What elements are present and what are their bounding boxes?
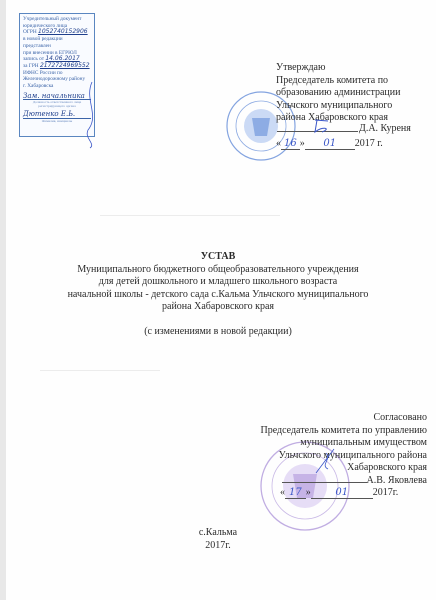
stamp-signature-caption: Фамилия, инициалы — [23, 119, 91, 123]
stamp-line: в новой редакции представлен — [23, 36, 91, 49]
approval-date: «16»012017 г. — [276, 138, 383, 150]
stamp-line: Учредительный документ — [23, 16, 91, 23]
footer-year: 2017г. — [0, 540, 436, 553]
agreement-line: Хабаровского края — [260, 462, 427, 475]
approval-line: Председатель комитета по — [276, 75, 400, 88]
title-line: для детей дошкольного и младшего школьно… — [0, 276, 436, 289]
agreement-day: 17 — [285, 487, 306, 499]
approval-signer: Д.А. Куреня — [359, 123, 411, 134]
agreement-month: 01 — [311, 487, 373, 499]
agreement-signer: А.В. Яковлева — [367, 475, 427, 486]
stamp-line: г. Хабаровска — [23, 83, 91, 90]
bleed-through — [100, 215, 280, 216]
title-line: Муниципального бюджетного общеобразовате… — [0, 264, 436, 277]
stamp-position-caption: Должность ответственного лица регистриру… — [23, 100, 91, 108]
agreement-line: Ульчского муниципального района — [260, 450, 427, 463]
agreement-line: Председатель комитета по управлению — [260, 425, 427, 438]
stamp-signature-stroke-icon — [82, 80, 102, 150]
stamp-position-handwritten: Зам. начальника — [23, 93, 91, 101]
document-page: Учредительный документ юридического лица… — [0, 0, 436, 600]
stamp-ogrn-value: 1052740152906 — [38, 28, 88, 35]
agreement-date: «17»012017г. — [280, 487, 398, 499]
agreement-signature-row: А.В. Яковлева — [260, 475, 427, 488]
agreement-line: муниципальным имуществом — [260, 437, 427, 450]
approval-block: Утверждаю Председатель комитета по образ… — [276, 62, 400, 125]
title-line: района Хабаровского края — [0, 301, 436, 314]
approval-month: 01 — [305, 138, 355, 150]
agreement-signature-icon — [312, 445, 338, 475]
title-heading: УСТАВ — [0, 251, 436, 264]
approval-heading: Утверждаю — [276, 62, 400, 75]
approval-line: образованию администрации — [276, 87, 400, 100]
agreement-signature-line — [282, 482, 367, 483]
agreement-block: Согласовано Председатель комитета по упр… — [260, 412, 427, 487]
stamp-grn-value: 2172724969552 — [40, 62, 90, 69]
title-line: начальной школы - детского сада с.Кальма… — [0, 289, 436, 302]
agreement-year: 2017г. — [373, 487, 398, 498]
stamp-signature-handwritten: Дютенко Е.Ь. — [23, 111, 91, 119]
document-title: УСТАВ Муниципального бюджетного общеобра… — [0, 251, 436, 338]
footer-place: с.Кальма — [0, 527, 436, 540]
title-note: (с изменениями в новой редакции) — [0, 326, 436, 339]
stamp-grn-row: за ГРН 2172724969552 — [23, 63, 91, 70]
approval-day: 16 — [281, 138, 300, 150]
approval-year: 2017 г. — [355, 138, 383, 149]
approval-line: Ульчского муниципального — [276, 100, 400, 113]
approval-signature-icon — [312, 118, 334, 134]
document-footer: с.Кальма 2017г. — [0, 527, 436, 552]
bleed-through — [40, 370, 160, 371]
agreement-heading: Согласовано — [260, 412, 427, 425]
